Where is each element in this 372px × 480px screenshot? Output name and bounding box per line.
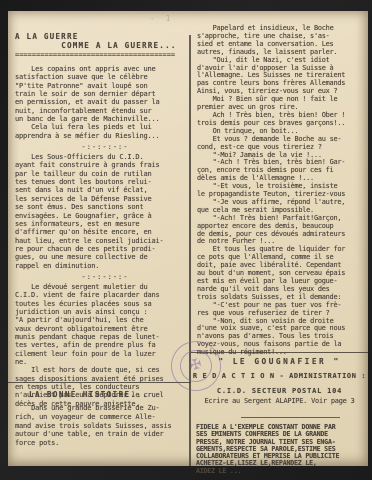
- horizontal-rule-left: [8, 382, 191, 383]
- left-column: A LA GUERRE COMME A LA GUERRE... =======…: [15, 32, 195, 408]
- horizontal-rule-right: [191, 352, 368, 353]
- paragraph-sous-officiers: Les Sous-Officiers du C.I.D. ayant fait …: [15, 153, 193, 270]
- section-separator: -:-:-:-:-: [15, 273, 195, 281]
- masthead-block: " LE GOUGNAFIER " R E D A C T I O N - AD…: [191, 357, 368, 405]
- scanned-newsletter-page: - 1 A LA GUERRE COMME A LA GUERRE... ===…: [0, 0, 372, 480]
- newsletter-name: " LE GOUGNAFIER ": [191, 357, 368, 366]
- title-underline: ======================================: [15, 51, 191, 59]
- editorial-notice: FIDELE A L'EXEMPLE CONSTANT DONNE PAR SE…: [196, 424, 368, 475]
- paper-sheet: - 1 A LA GUERRE COMME A LA GUERRE... ===…: [8, 11, 368, 466]
- bonne-histoire-section: LA BONNE HISTOIRE... Dans une grande bra…: [15, 390, 215, 448]
- right-column: Papelard et insidieux, le Boche s'approc…: [197, 25, 369, 357]
- paragraph-train-story: Les copains ont appris avec une satisfac…: [15, 65, 193, 140]
- contact-line: Ecrire au Sergent ALAPIPE. Voir page 3: [191, 397, 368, 405]
- horizontal-rule-short: [241, 417, 340, 418]
- article-title: A LA GUERRE COMME A LA GUERRE...: [15, 32, 195, 50]
- faint-page-mark: - 1: [150, 14, 173, 23]
- bonne-histoire-title: LA BONNE HISTOIRE...: [29, 390, 215, 399]
- redaction-line: R E D A C T I O N - ADMINISTRATION :: [191, 372, 368, 380]
- bonne-histoire-paragraph: Dans une grande brasserie de Zu- rich, u…: [15, 404, 215, 448]
- section-separator: -:-:-:-:-: [15, 143, 195, 151]
- story-brasserie-zurich: Papelard et insidieux, le Boche s'approc…: [197, 25, 371, 357]
- postal-address: C.I.D. SECTEUR POSTAL 104: [191, 387, 368, 395]
